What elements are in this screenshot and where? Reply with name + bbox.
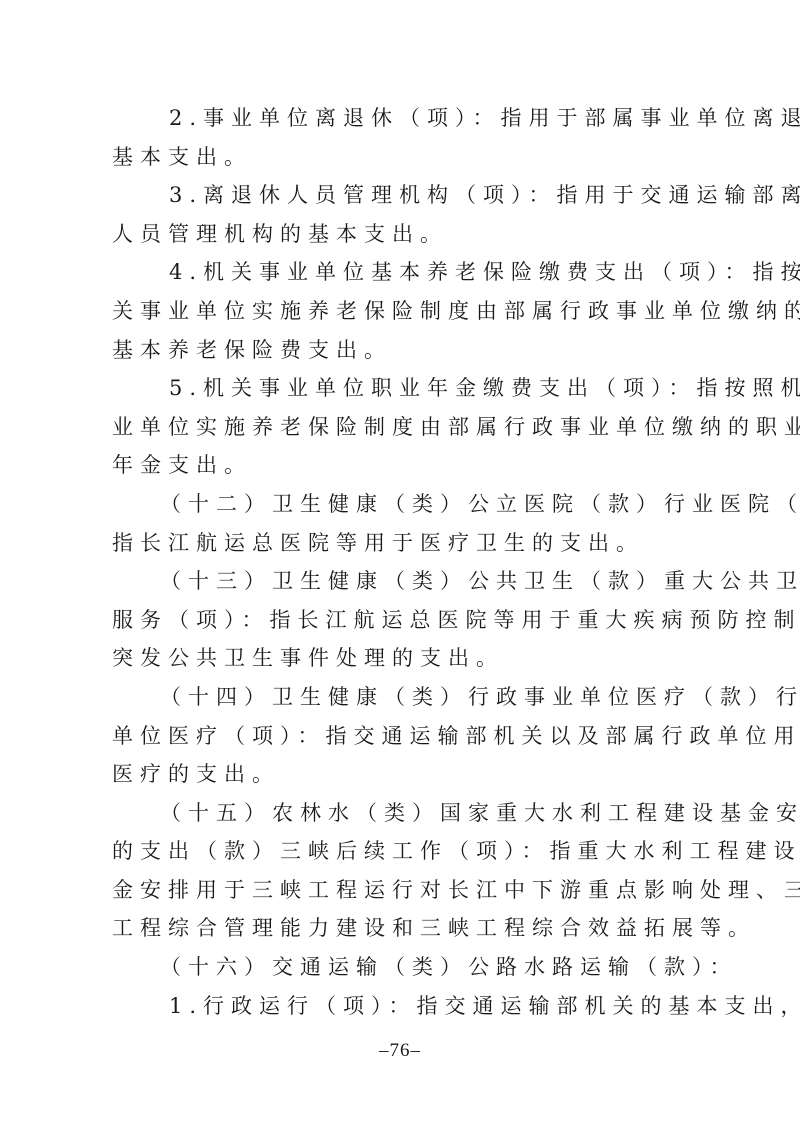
paragraph-line: 服务（项）：指长江航运总医院等用于重大疾病预防控制和 (112, 601, 678, 640)
paragraph-line: 关事业单位实施养老保险制度由部属行政事业单位缴纳的 (112, 292, 678, 331)
paragraph-line: 1.行政运行（项）：指交通运输部机关的基本支出，包括 (112, 987, 678, 1026)
document-body: 2.事业单位离退休（项）：指用于部属事业单位离退休的 基本支出。 3.离退休人员… (112, 99, 684, 1025)
paragraph-line: 指长江航运总医院等用于医疗卫生的支出。 (112, 524, 678, 563)
section-heading-line: （十三）卫生健康（类）公共卫生（款）重大公共卫生 (112, 562, 678, 601)
paragraph-line: 2.事业单位离退休（项）：指用于部属事业单位离退休的 (112, 99, 678, 138)
paragraph-line: 业单位实施养老保险制度由部属行政事业单位缴纳的职业 (112, 408, 678, 447)
section-heading-line: （十五）农林水（类）国家重大水利工程建设基金安排 (112, 794, 678, 833)
paragraph-line: 基本支出。 (112, 138, 678, 177)
page-number: –76– (0, 1040, 800, 1062)
paragraph-line: 突发公共卫生事件处理的支出。 (112, 639, 678, 678)
paragraph-line: 工程综合管理能力建设和三峡工程综合效益拓展等。 (112, 909, 678, 948)
paragraph-line: 医疗的支出。 (112, 755, 678, 794)
paragraph-line: 单位医疗（项）：指交通运输部机关以及部属行政单位用于 (112, 717, 678, 756)
paragraph-line: 人员管理机构的基本支出。 (112, 215, 678, 254)
paragraph-line: 5.机关事业单位职业年金缴费支出（项）：指按照机关事 (112, 369, 678, 408)
paragraph-line: 金安排用于三峡工程运行对长江中下游重点影响处理、三峡 (112, 871, 678, 910)
document-page: 2.事业单位离退休（项）：指用于部属事业单位离退休的 基本支出。 3.离退休人员… (0, 0, 800, 1131)
section-heading-line: （十二）卫生健康（类）公立医院（款）行业医院（项）： (112, 485, 678, 524)
paragraph-line: 基本养老保险费支出。 (112, 331, 678, 370)
paragraph-line: 年金支出。 (112, 446, 678, 485)
paragraph-line: 的支出（款）三峡后续工作（项）：指重大水利工程建设基 (112, 832, 678, 871)
section-heading-line: （十四）卫生健康（类）行政事业单位医疗（款）行政 (112, 678, 678, 717)
paragraph-line: 3.离退休人员管理机构（项）：指用于交通运输部离退休 (112, 176, 678, 215)
paragraph-line: 4.机关事业单位基本养老保险缴费支出（项）：指按照机 (112, 253, 678, 292)
section-heading-line: （十六）交通运输（类）公路水路运输（款）： (112, 948, 678, 987)
